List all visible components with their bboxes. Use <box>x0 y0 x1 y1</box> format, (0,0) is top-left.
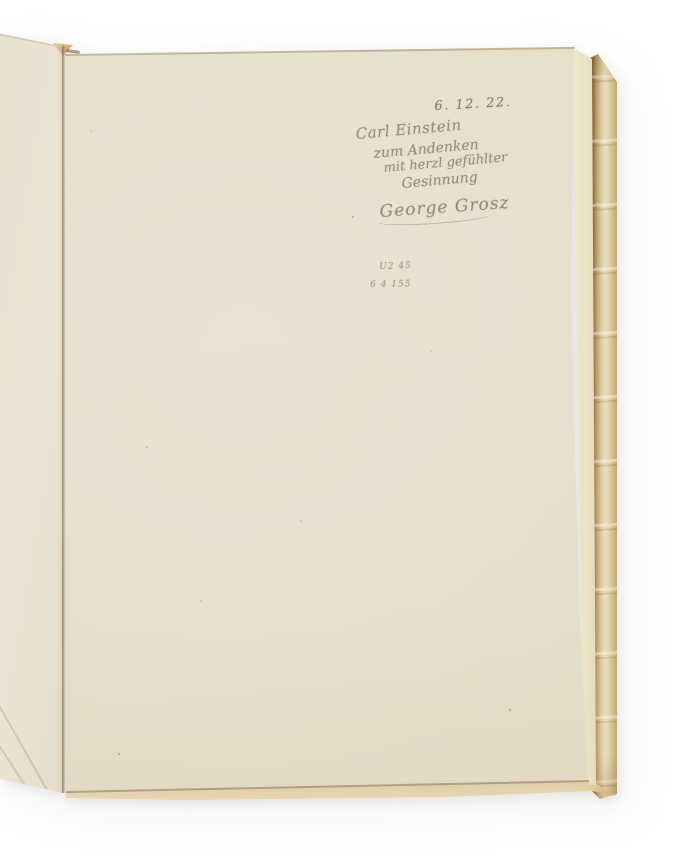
foxing-specks <box>0 0 2 2</box>
book-photograph: 6. 12. 22. Carl Einstein zum Andenken mi… <box>0 0 700 862</box>
gutter-top-notch <box>66 49 80 53</box>
inside-cover-endpaper <box>0 0 66 810</box>
endpaper-crease <box>0 705 48 790</box>
book-gutter <box>62 46 65 793</box>
open-book: 6. 12. 22. Carl Einstein zum Andenken mi… <box>0 0 700 862</box>
pencil-mark-2: 6 4 155 <box>370 279 412 290</box>
pencil-mark-1: U2 45 <box>379 261 412 272</box>
